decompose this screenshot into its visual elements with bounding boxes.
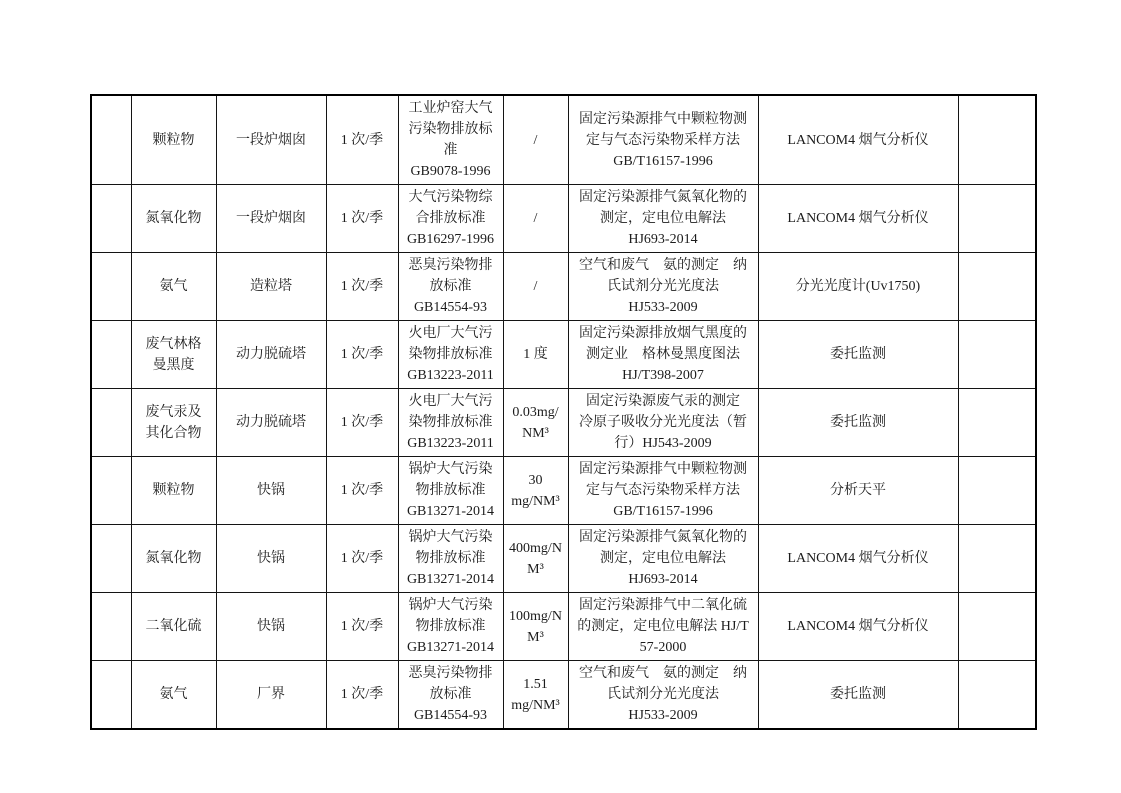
pollutant-cell: 颗粒物 xyxy=(131,457,216,525)
instrument-cell: LANCOM4 烟气分析仪 xyxy=(758,593,958,661)
limit-value-cell: 30 mg/NM³ xyxy=(503,457,568,525)
spacer-left-cell xyxy=(91,661,131,730)
spacer-left-cell xyxy=(91,593,131,661)
standard-cell: 工业炉窑大气污染物排放标准 GB9078-1996 xyxy=(398,95,503,185)
table-row: 氨气厂界1 次/季恶臭污染物排放标准 GB14554-931.51 mg/NM³… xyxy=(91,661,1036,730)
instrument-cell: LANCOM4 烟气分析仪 xyxy=(758,95,958,185)
spacer-right-cell xyxy=(958,593,1036,661)
limit-value-cell: / xyxy=(503,95,568,185)
standard-cell: 大气污染物综合排放标准 GB16297-1996 xyxy=(398,185,503,253)
analysis-method-cell: 固定污染源排气中颗粒物测定与气态污染物采样方法 GB/T16157-1996 xyxy=(568,457,758,525)
spacer-left-cell xyxy=(91,321,131,389)
frequency-cell: 1 次/季 xyxy=(326,525,398,593)
analysis-method-cell: 固定污染源排气中颗粒物测定与气态污染物采样方法 GB/T16157-1996 xyxy=(568,95,758,185)
pollutant-cell: 废气汞及其化合物 xyxy=(131,389,216,457)
limit-value-cell: 1.51 mg/NM³ xyxy=(503,661,568,730)
standard-cell: 恶臭污染物排放标准 GB14554-93 xyxy=(398,253,503,321)
instrument-cell: LANCOM4 烟气分析仪 xyxy=(758,525,958,593)
pollutant-cell: 氮氧化物 xyxy=(131,525,216,593)
monitoring-schedule-table: 颗粒物一段炉烟囱1 次/季工业炉窑大气污染物排放标准 GB9078-1996/固… xyxy=(90,94,1037,730)
limit-value-cell: 100mg/N M³ xyxy=(503,593,568,661)
monitoring-location-cell: 一段炉烟囱 xyxy=(216,185,326,253)
analysis-method-cell: 固定污染源废气汞的测定 冷原子吸收分光光度法（暂行）HJ543-2009 xyxy=(568,389,758,457)
pollutant-cell: 颗粒物 xyxy=(131,95,216,185)
standard-cell: 锅炉大气污染物排放标准 GB13271-2014 xyxy=(398,457,503,525)
monitoring-location-cell: 厂界 xyxy=(216,661,326,730)
monitoring-location-cell: 快锅 xyxy=(216,457,326,525)
instrument-cell: 委托监测 xyxy=(758,661,958,730)
standard-cell: 火电厂大气污染物排放标准 GB13223-2011 xyxy=(398,389,503,457)
pollutant-cell: 废气林格曼黑度 xyxy=(131,321,216,389)
spacer-left-cell xyxy=(91,457,131,525)
spacer-right-cell xyxy=(958,95,1036,185)
frequency-cell: 1 次/季 xyxy=(326,389,398,457)
standard-cell: 火电厂大气污染物排放标准 GB13223-2011 xyxy=(398,321,503,389)
table-row: 颗粒物一段炉烟囱1 次/季工业炉窑大气污染物排放标准 GB9078-1996/固… xyxy=(91,95,1036,185)
table-row: 氮氧化物一段炉烟囱1 次/季大气污染物综合排放标准 GB16297-1996/固… xyxy=(91,185,1036,253)
spacer-right-cell xyxy=(958,457,1036,525)
spacer-right-cell xyxy=(958,525,1036,593)
spacer-right-cell xyxy=(958,185,1036,253)
analysis-method-cell: 固定污染源排气中二氧化硫的测定，定电位电解法 HJ/T 57-2000 xyxy=(568,593,758,661)
frequency-cell: 1 次/季 xyxy=(326,253,398,321)
monitoring-table-body: 颗粒物一段炉烟囱1 次/季工业炉窑大气污染物排放标准 GB9078-1996/固… xyxy=(91,95,1036,729)
pollutant-cell: 氨气 xyxy=(131,661,216,730)
instrument-cell: 分光光度计(Uv1750) xyxy=(758,253,958,321)
frequency-cell: 1 次/季 xyxy=(326,593,398,661)
instrument-cell: 委托监测 xyxy=(758,321,958,389)
table-row: 氨气造粒塔1 次/季恶臭污染物排放标准 GB14554-93/空气和废气 氨的测… xyxy=(91,253,1036,321)
spacer-right-cell xyxy=(958,321,1036,389)
monitoring-location-cell: 动力脱硫塔 xyxy=(216,389,326,457)
frequency-cell: 1 次/季 xyxy=(326,321,398,389)
analysis-method-cell: 空气和废气 氨的测定 纳氏试剂分光光度法 HJ533-2009 xyxy=(568,253,758,321)
spacer-left-cell xyxy=(91,389,131,457)
spacer-left-cell xyxy=(91,253,131,321)
frequency-cell: 1 次/季 xyxy=(326,95,398,185)
table-row: 二氧化硫快锅1 次/季锅炉大气污染物排放标准 GB13271-2014100mg… xyxy=(91,593,1036,661)
analysis-method-cell: 空气和废气 氨的测定 纳氏试剂分光光度法 HJ533-2009 xyxy=(568,661,758,730)
table-row: 颗粒物快锅1 次/季锅炉大气污染物排放标准 GB13271-201430 mg/… xyxy=(91,457,1036,525)
spacer-right-cell xyxy=(958,253,1036,321)
pollutant-cell: 氨气 xyxy=(131,253,216,321)
limit-value-cell: 1 度 xyxy=(503,321,568,389)
spacer-left-cell xyxy=(91,525,131,593)
pollutant-cell: 氮氧化物 xyxy=(131,185,216,253)
standard-cell: 恶臭污染物排放标准 GB14554-93 xyxy=(398,661,503,730)
analysis-method-cell: 固定污染源排放烟气黑度的测定业 格林曼黑度图法 HJ/T398-2007 xyxy=(568,321,758,389)
limit-value-cell: / xyxy=(503,185,568,253)
spacer-left-cell xyxy=(91,95,131,185)
standard-cell: 锅炉大气污染物排放标准 GB13271-2014 xyxy=(398,593,503,661)
table-row: 废气汞及其化合物动力脱硫塔1 次/季火电厂大气污染物排放标准 GB13223-2… xyxy=(91,389,1036,457)
standard-cell: 锅炉大气污染物排放标准 GB13271-2014 xyxy=(398,525,503,593)
limit-value-cell: 400mg/N M³ xyxy=(503,525,568,593)
frequency-cell: 1 次/季 xyxy=(326,185,398,253)
instrument-cell: LANCOM4 烟气分析仪 xyxy=(758,185,958,253)
table-row: 氮氧化物快锅1 次/季锅炉大气污染物排放标准 GB13271-2014400mg… xyxy=(91,525,1036,593)
spacer-left-cell xyxy=(91,185,131,253)
monitoring-location-cell: 快锅 xyxy=(216,525,326,593)
monitoring-location-cell: 一段炉烟囱 xyxy=(216,95,326,185)
spacer-right-cell xyxy=(958,389,1036,457)
monitoring-location-cell: 快锅 xyxy=(216,593,326,661)
frequency-cell: 1 次/季 xyxy=(326,457,398,525)
instrument-cell: 分析天平 xyxy=(758,457,958,525)
instrument-cell: 委托监测 xyxy=(758,389,958,457)
frequency-cell: 1 次/季 xyxy=(326,661,398,730)
pollutant-cell: 二氧化硫 xyxy=(131,593,216,661)
analysis-method-cell: 固定污染源排气氮氧化物的测定，定电位电解法 HJ693-2014 xyxy=(568,185,758,253)
monitoring-location-cell: 动力脱硫塔 xyxy=(216,321,326,389)
monitoring-location-cell: 造粒塔 xyxy=(216,253,326,321)
table-row: 废气林格曼黑度动力脱硫塔1 次/季火电厂大气污染物排放标准 GB13223-20… xyxy=(91,321,1036,389)
spacer-right-cell xyxy=(958,661,1036,730)
limit-value-cell: 0.03mg/ NM³ xyxy=(503,389,568,457)
analysis-method-cell: 固定污染源排气氮氧化物的测定，定电位电解法 HJ693-2014 xyxy=(568,525,758,593)
limit-value-cell: / xyxy=(503,253,568,321)
